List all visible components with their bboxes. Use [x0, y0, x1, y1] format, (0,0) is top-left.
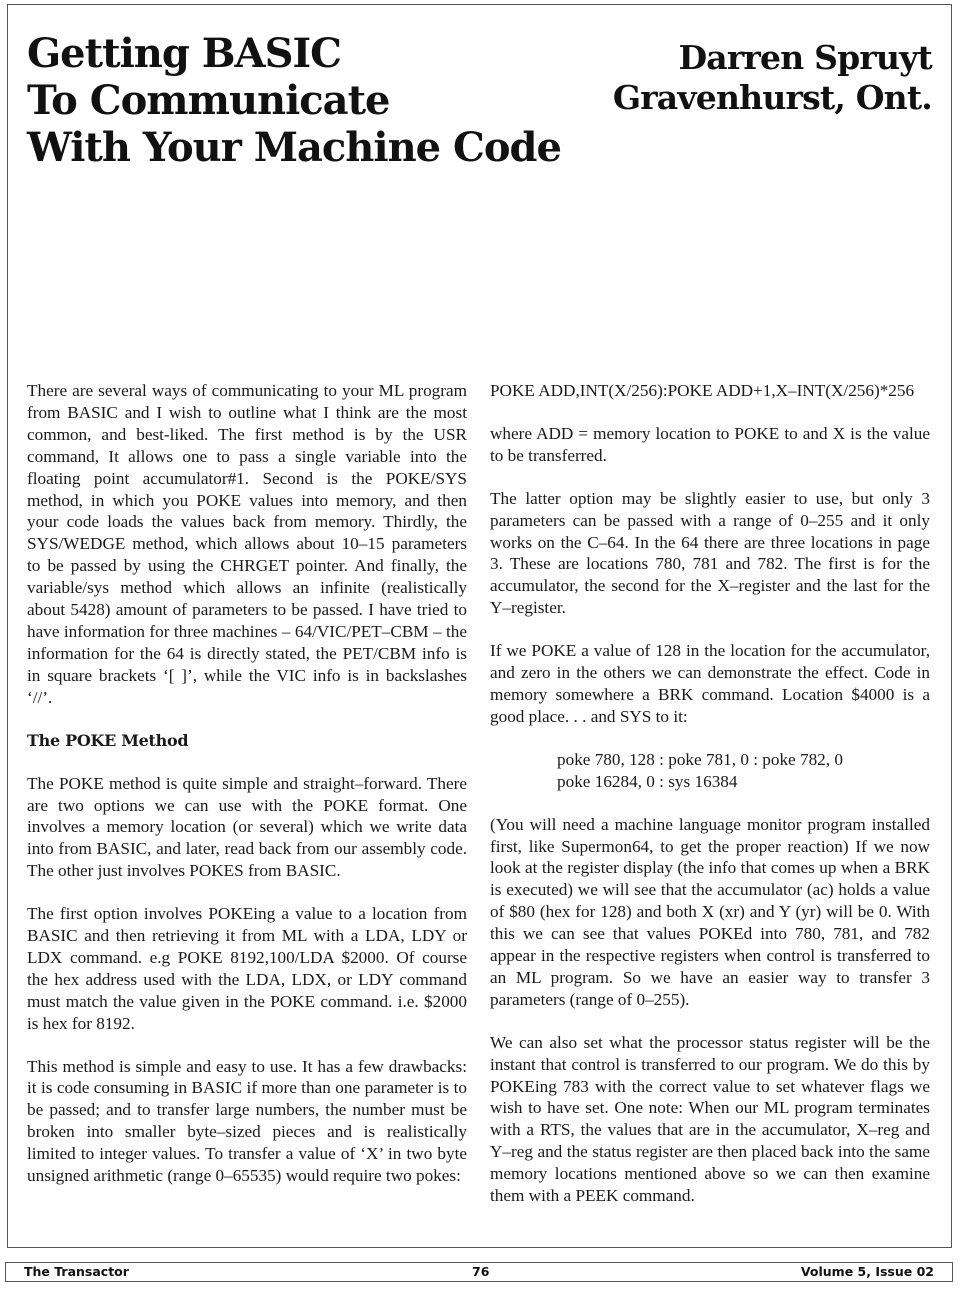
code-line: poke 16284, 0 : sys 16384 [557, 771, 930, 793]
code-snippet-register-pokes: poke 780, 128 : poke 781, 0 : poke 782, … [490, 749, 930, 793]
author-name: Darren Spruyt [613, 38, 932, 78]
title-line-3: With Your Machine Code [27, 124, 561, 171]
paragraph: The first option involves POKEing a valu… [27, 903, 467, 1034]
paragraph: where ADD = memory location to POKE to a… [490, 423, 930, 467]
page-footer: The Transactor 76 Volume 5, Issue 02 [5, 1262, 953, 1282]
title-line-1: Getting BASIC [27, 30, 561, 77]
issue-label: Volume 5, Issue 02 [801, 1264, 934, 1279]
section-heading-poke-method: The POKE Method [27, 730, 467, 752]
code-snippet-two-pokes: POKE ADD,INT(X/256):POKE ADD+1,X–INT(X/2… [490, 380, 930, 402]
paragraph: This method is simple and easy to use. I… [27, 1056, 467, 1187]
article-title: Getting BASIC To Communicate With Your M… [27, 30, 561, 171]
intro-paragraph: There are several ways of communicating … [27, 380, 467, 709]
title-line-2: To Communicate [27, 77, 561, 124]
paragraph: (You will need a machine language monito… [490, 814, 930, 1011]
code-line: poke 780, 128 : poke 781, 0 : poke 782, … [557, 749, 930, 771]
paragraph: If we POKE a value of 128 in the locatio… [490, 640, 930, 728]
byline: Darren Spruyt Gravenhurst, Ont. [613, 38, 932, 118]
paragraph: We can also set what the processor statu… [490, 1032, 930, 1207]
paragraph: The POKE method is quite simple and stra… [27, 773, 467, 883]
right-column: POKE ADD,INT(X/256):POKE ADD+1,X–INT(X/2… [490, 380, 930, 1228]
left-column: There are several ways of communicating … [27, 380, 467, 1208]
author-location: Gravenhurst, Ont. [613, 78, 932, 118]
paragraph: The latter option may be slightly easier… [490, 488, 930, 619]
page-number: 76 [472, 1264, 489, 1279]
magazine-name: The Transactor [24, 1264, 129, 1279]
